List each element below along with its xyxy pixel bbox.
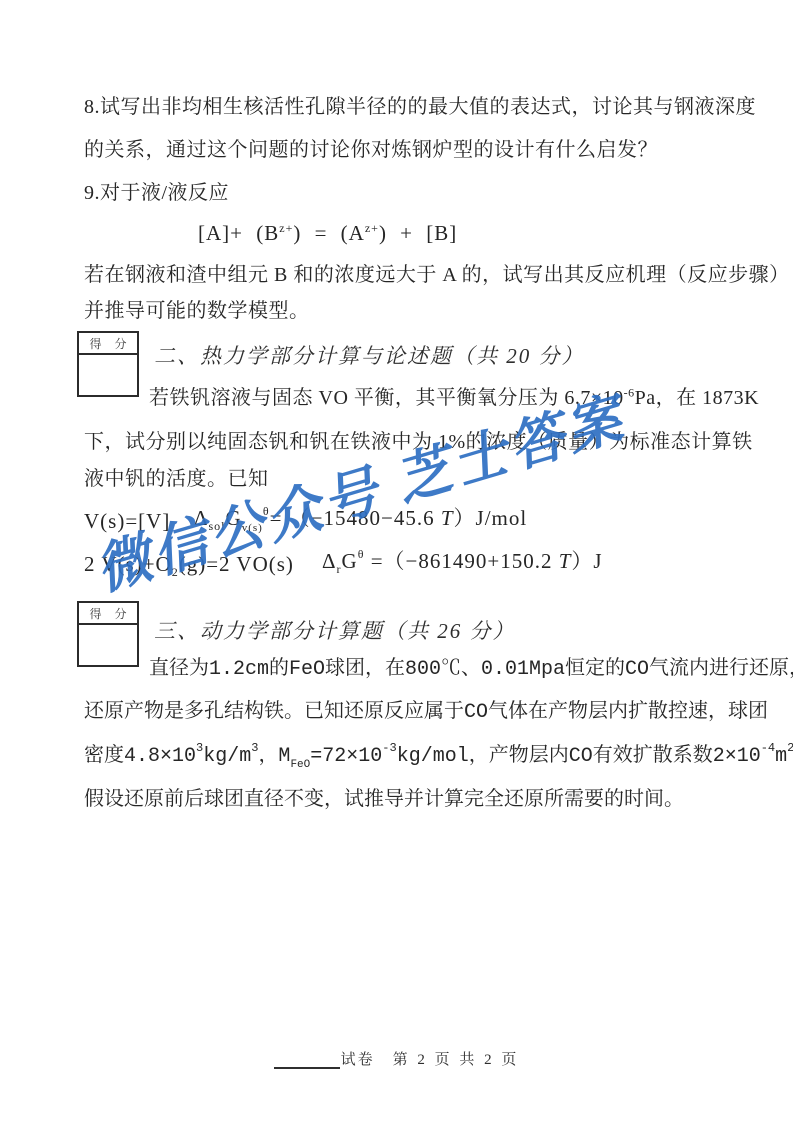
text-part: kg/m <box>203 745 251 768</box>
section-2-para-line-3: 液中钒的活度。已知 <box>84 466 269 492</box>
score-box-label-cell: 得 分 <box>79 603 137 625</box>
score-box-label: 得 分 <box>84 335 131 352</box>
text-part: kg/mol，产物层内CO有效扩散系数2×10 <box>397 745 761 768</box>
footer-blank-underline <box>274 1053 340 1069</box>
gibbs-symbol: G <box>226 506 242 530</box>
equation-2-lhs: 2 V(s)+O2(g)=2 VO(s) <box>84 551 294 578</box>
section-2-para-line-2: 下，试分别以纯固态钒和钒在铁液中为 1%的浓度（质量）为标准态计算铁 <box>84 429 753 455</box>
exponent-superscript: 3 <box>251 741 258 755</box>
temperature-symbol: T <box>441 506 454 530</box>
delta-symbol: Δ <box>194 506 209 530</box>
temperature-symbol: T <box>559 549 572 573</box>
reaction-formula-superscript: z+ <box>365 221 379 235</box>
text-part: =72×10 <box>310 745 382 768</box>
section-3-para-line-2: 还原产物是多孔结构铁。已知还原反应属于CO气体在产物层内扩散控速，球团 <box>84 700 768 726</box>
gibbs-superscript: θ <box>358 547 365 561</box>
oxygen-subscript: 2 <box>172 565 179 579</box>
equation-units: ）J/mol <box>454 506 528 530</box>
equation-body: =（−861490+150.2 <box>364 549 558 573</box>
equation-part: (g)=2 VO(s) <box>179 552 294 576</box>
question-9-intro: 9.对于液/液反应 <box>84 180 229 206</box>
section-2-heading: 二、热力学部分计算与论述题（共 20 分） <box>154 340 585 370</box>
section-3-para-line-3: 密度4.8×103kg/m3，MFeO=72×10-3kg/mol，产物层内CO… <box>84 744 793 770</box>
score-box-section-2: 得 分 <box>77 331 139 397</box>
exam-paper-page: 8.试写出非均相生核活性孔隙半径的的最大值的表达式，讨论其与钢液深度 的关系，通… <box>0 0 793 1122</box>
gibbs-subscript: v(s) <box>242 522 263 534</box>
footer-page-number: 第 2 页 共 2 页 <box>393 1048 520 1069</box>
section-3-para-line-4: 假设还原前后球团直径不变，试推导并计算完全还原所需要的时间。 <box>84 788 684 814</box>
equation-part: 2 V(s)+O <box>84 552 172 576</box>
question-9-line-1: 若在钢液和渣中组元 B 和的浓度远大于 A 的，试写出其反应机理（反应步骤） <box>84 262 790 288</box>
equation-units: ）J <box>571 549 602 573</box>
equation-1-lhs: V(s)=[V] <box>84 508 170 535</box>
gibbs-symbol: G <box>342 549 358 573</box>
text-part: Pa，在 1873K <box>635 387 759 409</box>
section-2-para-line-1: 若铁钒溶液与固态 VO 平衡，其平衡氧分压为 6.7×10-6Pa，在 1873… <box>149 385 759 411</box>
reaction-formula-superscript: z+ <box>279 221 293 235</box>
delta-subscript: sol <box>209 519 226 533</box>
text-part: m <box>775 745 787 768</box>
score-box-section-3: 得 分 <box>77 601 139 667</box>
text-part: 若铁钒溶液与固态 VO 平衡，其平衡氧分压为 6.7×10 <box>149 387 624 409</box>
equation-body: = （−15480−45.6 <box>270 506 441 530</box>
exponent-superscript: 3 <box>196 741 203 755</box>
equation-2-rhs: ΔrGθ =（−861490+150.2 T）J <box>322 548 603 575</box>
feo-subscript: FeO <box>290 759 310 771</box>
page-footer: 试卷 第 2 页 共 2 页 <box>0 1048 793 1069</box>
equation-1-rhs: ΔsolGv(s)θ= （−15480−45.6 T）J/mol <box>194 505 527 532</box>
section-3-para-line-1: 直径为1.2cm的FeO球团，在800℃、0.01Mpa恒定的CO气流内进行还原… <box>149 657 793 683</box>
delta-symbol: Δ <box>322 549 337 573</box>
text-part: ，M <box>258 745 290 768</box>
exponent-superscript: -6 <box>624 385 635 399</box>
exponent-superscript: -4 <box>761 741 775 755</box>
gibbs-superscript: θ <box>263 504 270 518</box>
question-8-line-1: 8.试写出非均相生核活性孔隙半径的的最大值的表达式，讨论其与钢液深度 <box>84 94 756 120</box>
text-part: 密度4.8×10 <box>84 745 196 768</box>
question-9-line-2: 并推导可能的数学模型。 <box>84 298 310 324</box>
reaction-formula-part: ) = (A <box>293 221 365 245</box>
reaction-formula-part: ) + [B] <box>379 221 457 245</box>
reaction-formula-part: [A]+ (B <box>198 221 279 245</box>
footer-label: 试卷 <box>341 1048 375 1069</box>
reaction-formula: [A]+ (Bz+) = (Az+) + [B] <box>198 220 457 247</box>
section-3-heading: 三、动力学部分计算题（共 26 分） <box>154 615 516 645</box>
exponent-superscript: 2 <box>787 741 793 755</box>
score-box-label: 得 分 <box>84 605 131 622</box>
score-box-label-cell: 得 分 <box>79 333 137 355</box>
exponent-superscript: -3 <box>382 741 396 755</box>
question-8-line-2: 的关系，通过这个问题的讨论你对炼钢炉型的设计有什么启发？ <box>84 137 658 163</box>
